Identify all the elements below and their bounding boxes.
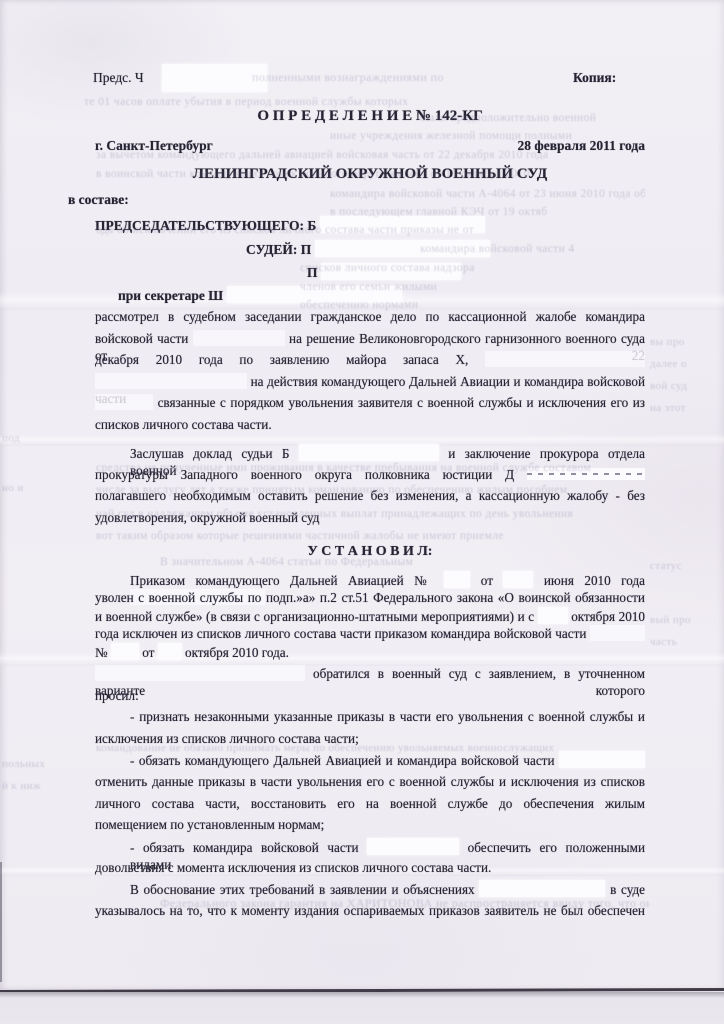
bleedthrough-text: часть: [650, 636, 720, 648]
text-segment: №: [95, 645, 108, 660]
bleedthrough-text: Федерального закона гарантия на ХАРИТОНО…: [160, 896, 650, 911]
bleedthrough-text: вы про: [650, 336, 720, 348]
text-segment: Заслушав доклад судьи Б: [130, 446, 290, 461]
redaction-box: [444, 571, 470, 588]
bleedthrough-text: вот таким образом которые решениями част…: [96, 530, 644, 542]
text-segment: СУДЕЙ: П: [246, 242, 311, 257]
text-segment: - признать незаконными указанные приказы…: [130, 709, 645, 724]
scan-edge-mark: [0, 862, 2, 982]
text-segment: - обязать командующего Дальней Авиацией …: [130, 753, 555, 768]
redaction-box: [95, 665, 305, 681]
bleedthrough-text: за вычетом командующего дальней авиацией…: [96, 149, 641, 161]
bleedthrough-text: вой суд: [650, 380, 720, 392]
bleedthrough-text: полненными вознаграждениями по: [252, 70, 552, 85]
text-line: довольствия с момента исключения из спис…: [95, 859, 645, 876]
bleedthrough-text: в воинской части командующих войск военн…: [96, 168, 641, 180]
text-segment: связанные с порядком увольнения заявител…: [158, 395, 645, 410]
text-line: уволен с военной службы по подп.»а» п.2 …: [95, 589, 645, 606]
text-segment: и военной службе» (в связи с организацио…: [95, 609, 534, 624]
paper-page: Предс. Ч Копия: О П Р Е Д Е Л Е Н И Е № …: [0, 0, 724, 990]
text-segment: от: [142, 645, 154, 660]
redaction-box: [367, 838, 459, 855]
bleedthrough-text: под: [2, 432, 58, 444]
text-segment: Приказом командующего Дальней Авиацией №: [130, 573, 434, 588]
text-line: просил:: [95, 687, 645, 704]
text-segment: года исключен из списков личного состава…: [95, 626, 586, 641]
bleedthrough-text: иные учреждения железной помощи полными: [330, 130, 640, 142]
text-line: помещением по установленным нормам;: [95, 816, 645, 833]
bleedthrough-text: списков личного состава надзора: [300, 262, 540, 274]
bleedthrough-text: В значительном А-4064 статьи по Федераль…: [160, 556, 640, 568]
text-line: - признать незаконными указанные приказы…: [130, 708, 645, 725]
bleedthrough-text: на этот: [650, 402, 720, 414]
text-segment: личного состава части, восстановить его …: [95, 796, 645, 811]
text-line: связанные с порядком увольнения заявител…: [95, 394, 645, 411]
text-line: декабря 2010 года по заявлению майора за…: [95, 351, 645, 368]
text-line: года исключен из списков личного состава…: [95, 625, 645, 642]
text-segment: - обязать командира войсковой части: [130, 840, 359, 855]
bleedthrough-text: ода об исключении его из списков личного…: [96, 224, 641, 236]
redaction-box: [538, 607, 568, 624]
presiding-note: Предс. Ч: [93, 70, 144, 86]
bleedthrough-text: обеспечению нормами: [300, 299, 560, 311]
text-segment: при секретаре Ш: [118, 288, 223, 303]
text-segment: октября 2010: [571, 609, 645, 624]
text-segment: в суде: [610, 882, 645, 897]
redaction-box: [485, 351, 645, 367]
bleedthrough-text: командира войсковой части А-4064 от 23 и…: [330, 188, 645, 200]
redaction-box: [299, 444, 439, 461]
text-segment: В обоснование этих требований в заявлени…: [130, 882, 475, 897]
bleedthrough-text: най суд в надлежащем объеме установленны…: [96, 508, 644, 520]
scanned-court-document: { "doc": { "header": { "left_label": "Пр…: [0, 0, 724, 1024]
text-segment: от: [481, 573, 493, 588]
redaction-box: [95, 373, 247, 389]
text-segment: довольствия с момента исключения из спис…: [95, 860, 491, 875]
text-line: личного состава части, восстановить его …: [95, 795, 645, 812]
text-segment: декабря 2010 года по заявлению майора за…: [95, 352, 468, 367]
bleedthrough-text: польных: [2, 758, 92, 770]
text-segment: списков личного состава части.: [95, 417, 272, 432]
text-segment: июня 2010 года: [544, 573, 645, 588]
bleedthrough-text: были предположительно военной: [420, 112, 650, 124]
text-segment: войсковой части: [95, 331, 188, 346]
redaction-box: [193, 330, 285, 346]
bleedthrough-text: командира войсковой части 4: [420, 243, 645, 255]
bleedthrough-text: й к ниж: [2, 780, 92, 792]
text-segment: просил:: [95, 688, 139, 703]
bleedthrough-text: далее о: [650, 358, 720, 370]
bleedthrough-text: средства не полученные ими проживания в …: [96, 462, 644, 474]
redaction-box: [158, 643, 182, 660]
text-line: отменить данные приказы в части увольнен…: [95, 773, 645, 790]
bleedthrough-text: членов его семьи жилыми: [300, 281, 540, 293]
text-segment: октября 2010 года.: [185, 645, 289, 660]
bleedthrough-text: но и: [2, 482, 58, 494]
redaction-box: [590, 625, 645, 641]
bleedthrough-text: те 01 часов оплате убытия в период военн…: [84, 96, 644, 108]
redaction-box: [95, 394, 153, 410]
redaction-box: [479, 880, 605, 897]
text-segment: рассмотрел в судебном заседании гражданс…: [95, 309, 645, 324]
redaction-box: [503, 571, 533, 588]
text-line: № от октября 2010 года.: [95, 643, 645, 661]
text-segment: помещением по установленным нормам;: [95, 817, 324, 832]
bleedthrough-text: вый про: [650, 614, 720, 626]
text-segment: отменить данные приказы в части увольнен…: [95, 774, 645, 789]
bleedthrough-text: статус: [650, 560, 720, 572]
copy-label: Копия:: [573, 70, 616, 86]
bleedthrough-text: в последующем главной КЭЧ от 19 октяб: [330, 206, 630, 218]
text-line: - обязать командующего Дальней Авиацией …: [130, 751, 645, 769]
redaction-box: [111, 643, 139, 660]
bleedthrough-text: командование не обязано принимать меры п…: [96, 742, 644, 754]
text-line: списков личного состава части.: [95, 416, 645, 433]
text-segment: уволен с военной службы по подп.»а» п.2 …: [95, 590, 645, 605]
bleedthrough-text: числе за выслугу лет а также принятым ко…: [96, 484, 644, 496]
text-line: и военной службе» (в связи с организацио…: [95, 607, 645, 625]
page-edge-shadow: [0, 992, 724, 998]
composition-intro: в составе:: [68, 192, 129, 208]
